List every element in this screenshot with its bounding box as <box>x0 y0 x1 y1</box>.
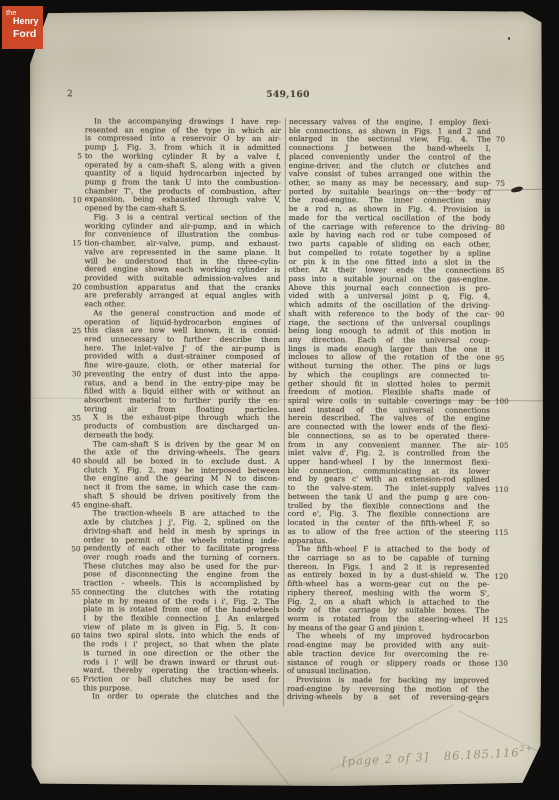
line-number: 110 <box>495 485 509 494</box>
line-number: 100 <box>495 398 509 407</box>
text-line: In order to operate the clutches and the <box>83 693 279 702</box>
line-number: 30 <box>72 370 81 379</box>
right-text-column: necessary valves of the engine, I employ… <box>287 118 491 703</box>
line-number: 85 <box>495 267 504 276</box>
line-number: 10 <box>73 196 82 205</box>
inscription-superscript: 2+ <box>519 743 533 753</box>
line-number: 35 <box>72 414 81 423</box>
line-number: 15 <box>72 239 81 248</box>
line-number: 95 <box>495 354 504 363</box>
left-text-column: In the accompanying drawings I have rep-… <box>83 117 281 702</box>
line-number: 125 <box>494 616 508 625</box>
text-line: driving-wheels by a set of reversing-gea… <box>287 693 489 702</box>
paper-speck <box>508 37 510 40</box>
line-number: 55 <box>71 589 80 598</box>
left-line-numbers: 5101520253035404550556065 <box>59 117 82 705</box>
line-number: 90 <box>495 311 504 320</box>
column-divider-rule <box>283 118 286 706</box>
logo-word-ford: Ford <box>13 28 36 40</box>
page-header: 2 549,160 <box>31 89 544 105</box>
paper-speck <box>476 701 478 703</box>
line-number: 75 <box>496 180 505 189</box>
printed-content: 2 549,160 5101520253035404550556065 In t… <box>29 9 545 787</box>
logo-word-henry: Henry <box>13 16 39 26</box>
line-number: 115 <box>495 529 509 538</box>
line-number: 105 <box>495 442 509 451</box>
line-number: 5 <box>77 152 82 161</box>
right-line-numbers: 707580859095100105110115120125130 <box>494 119 516 707</box>
line-number: 60 <box>71 632 80 641</box>
henry-ford-logo: the Henry Ford <box>2 6 43 49</box>
line-number: 20 <box>72 283 81 292</box>
line-number: 25 <box>72 327 81 336</box>
page-number: 2 <box>67 89 73 99</box>
line-number: 65 <box>71 676 80 685</box>
line-number: 40 <box>72 458 81 467</box>
patent-number: 549,160 <box>85 89 491 100</box>
patent-page-sheet: 2 549,160 5101520253035404550556065 In t… <box>30 10 543 786</box>
scan-background: 2 549,160 5101520253035404550556065 In t… <box>0 0 559 800</box>
line-number: 70 <box>496 136 505 145</box>
line-number: 45 <box>71 501 80 510</box>
line-number: 120 <box>494 573 508 582</box>
line-number: 130 <box>494 660 508 669</box>
line-number: 80 <box>496 223 505 232</box>
line-number: 50 <box>71 545 80 554</box>
